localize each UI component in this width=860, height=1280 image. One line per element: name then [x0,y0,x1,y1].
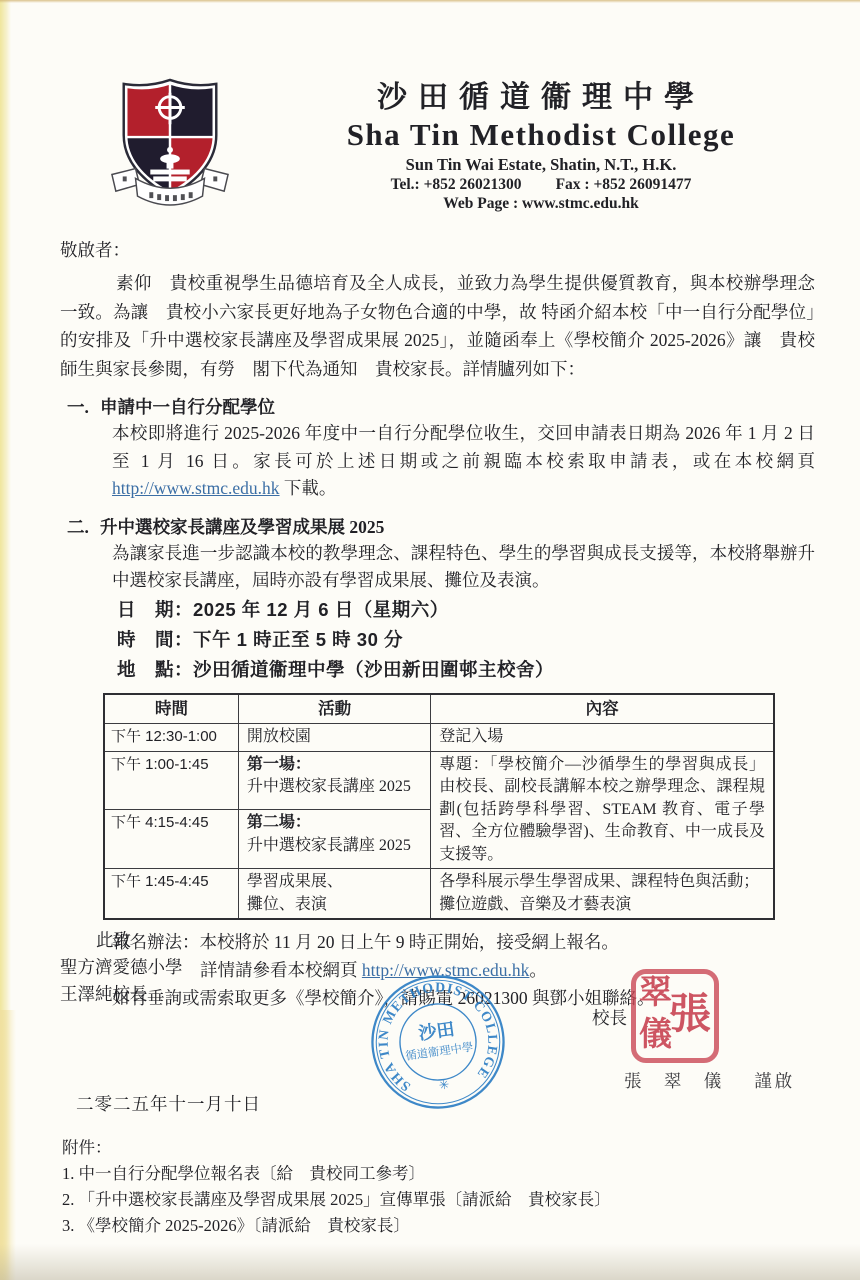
school-webpage: Web Page : www.stmc.edu.hk [265,195,817,213]
section-1-heading: 一.申請中一自行分配學位 [60,394,815,419]
row1-activity: 開放校園 [238,724,430,752]
school-tel: Tel.: +852 26021300 [391,176,522,193]
row1-content: 登記入場 [431,724,774,752]
section-2-body: 為讓家長進一步認識本校的教學理念、課程特色、學生的學習與成長支援等，本校將舉辦升… [112,540,815,595]
row2-time: 下午 1:00-1:45 [104,751,238,810]
section-2: 二.升中選校家長講座及學習成果展 2025 為讓家長進一步認識本校的教學理念、課… [60,514,815,685]
row2-activity: 第一場： 升中選校家長講座 2025 [238,751,430,810]
letter-page: 沙田循道衞理中學 Sha Tin Methodist College Sun T… [0,0,860,1280]
event-schedule-table: 時間 活動 內容 下午 12:30-1:00 開放校園 登記入場 下午 1:00… [103,693,775,921]
row4-activity: 學習成果展、 攤位、表演 [238,869,430,920]
header-content: 內容 [431,694,774,724]
attachment-item: 1. 中一自行分配學位報名表〔給 貴校同工參考〕 [62,1161,611,1187]
table-row: 下午 12:30-1:00 開放校園 登記入場 [104,724,774,752]
recipient-principal: 王澤純校長 [60,981,148,1006]
scan-corner-bottom-left [0,1010,16,1280]
row1-time: 下午 12:30-1:00 [104,724,238,752]
letter-footer: 此致 聖方濟愛德小學 王澤純校長 SHA TIN METHODIST COLLE… [60,925,815,1277]
header-activity: 活動 [238,694,430,724]
letter-date: 二零二五年十一月十日 [76,1091,261,1116]
signer-name: 張 翠 儀 [624,1071,730,1091]
school-address: Sun Tin Wai Estate, Shatin, N.T., H.K. [265,155,817,175]
scan-edge-top [0,0,860,3]
stamp-center-line2: 循道衞理中學 [404,1040,474,1063]
signature-line: 張 翠 儀謹啟 [624,1068,795,1093]
row4-content: 各學科展示學生學習成果、課程特色與活動； 攤位遊戲、音樂及才藝表演 [431,869,774,920]
school-round-stamp: SHA TIN METHODIST COLLEGE 沙田 循道衞理中學 ✳ [331,935,546,1150]
signoff: 謹啟 [754,1071,795,1091]
event-venue-line: 地 點：沙田循道衞理中學（沙田新田圍邨主校舍） [117,655,815,685]
school-name-english: Sha Tin Methodist College [265,117,817,153]
school-crest-logo [106,72,234,210]
table-header-row: 時間 活動 內容 [104,694,774,724]
row2-3-content-merged: 專題：「學校簡介—沙循學生的學習與成長」由校長、副校長講解本校之辦學理念、課程規… [431,751,774,869]
letterhead: 沙田循道衞理中學 Sha Tin Methodist College Sun T… [60,72,815,222]
seal-char-top-left: 翠 [639,977,672,1010]
school-name-chinese: 沙田循道衞理中學 [265,72,817,116]
row3-time: 下午 4:15-4:45 [104,810,238,869]
recipient-school: 聖方濟愛德小學 [60,954,183,979]
school-fax: Fax : +852 26091477 [556,176,692,193]
school-contact: Tel.: +852 26021300Fax : +852 26091477 [265,176,817,194]
header-time: 時間 [104,694,238,724]
attachments-label: 附件： [62,1135,611,1161]
attachment-item: 3. 《學校簡介 2025-2026》〔請派給 貴校家長〕 [62,1213,611,1239]
stamp-star-icon: ✳ [438,1077,450,1092]
stamp-center-line1: 沙田 [417,1018,456,1044]
school-website-link[interactable]: http://www.stmc.edu.hk [112,478,280,498]
attachments-list: 附件： 1. 中一自行分配學位報名表〔給 貴校同工參考〕 2. 「升中選校家長講… [62,1135,611,1239]
seal-char-right: 張 [669,994,711,1036]
attachment-item: 2. 「升中選校家長講座及學習成果展 2025」宣傳單張〔請派給 貴校家長〕 [62,1187,611,1213]
section-1-body: 本校即將進行 2025-2026 年度中一自行分配學位收生，交回申請表日期為 2… [112,420,815,503]
principal-title-label: 校長 [592,1005,627,1030]
table-row: 下午 1:00-1:45 第一場： 升中選校家長講座 2025 專題：「學校簡介… [104,751,774,810]
section-1-number: 一. [67,394,100,419]
principal-seal-stamp: 翠 儀 張 [631,969,719,1063]
section-1: 一.申請中一自行分配學位 本校即將進行 2025-2026 年度中一自行分配學位… [60,394,815,503]
section-2-heading: 二.升中選校家長講座及學習成果展 2025 [60,514,815,539]
row3-activity: 第二場： 升中選校家長講座 2025 [238,810,430,869]
section-2-number: 二. [67,514,100,539]
salutation: 敬啟者： [60,237,815,262]
event-date-line: 日 期：2025 年 12 月 6 日（星期六） [117,595,815,625]
table-row: 下午 1:45-4:45 學習成果展、 攤位、表演 各學科展示學生學習成果、課程… [104,869,774,920]
cc-label: 此致 [96,927,131,952]
intro-paragraph: 素仰 貴校重視學生品德培育及全人成長，並致力為學生提供優質教育，與本校辦學理念一… [60,269,815,383]
row4-time: 下午 1:45-4:45 [104,869,238,920]
event-time-line: 時 間：下午 1 時正至 5 時 30 分 [117,625,815,655]
seal-char-bottom-left: 儀 [639,1019,672,1052]
